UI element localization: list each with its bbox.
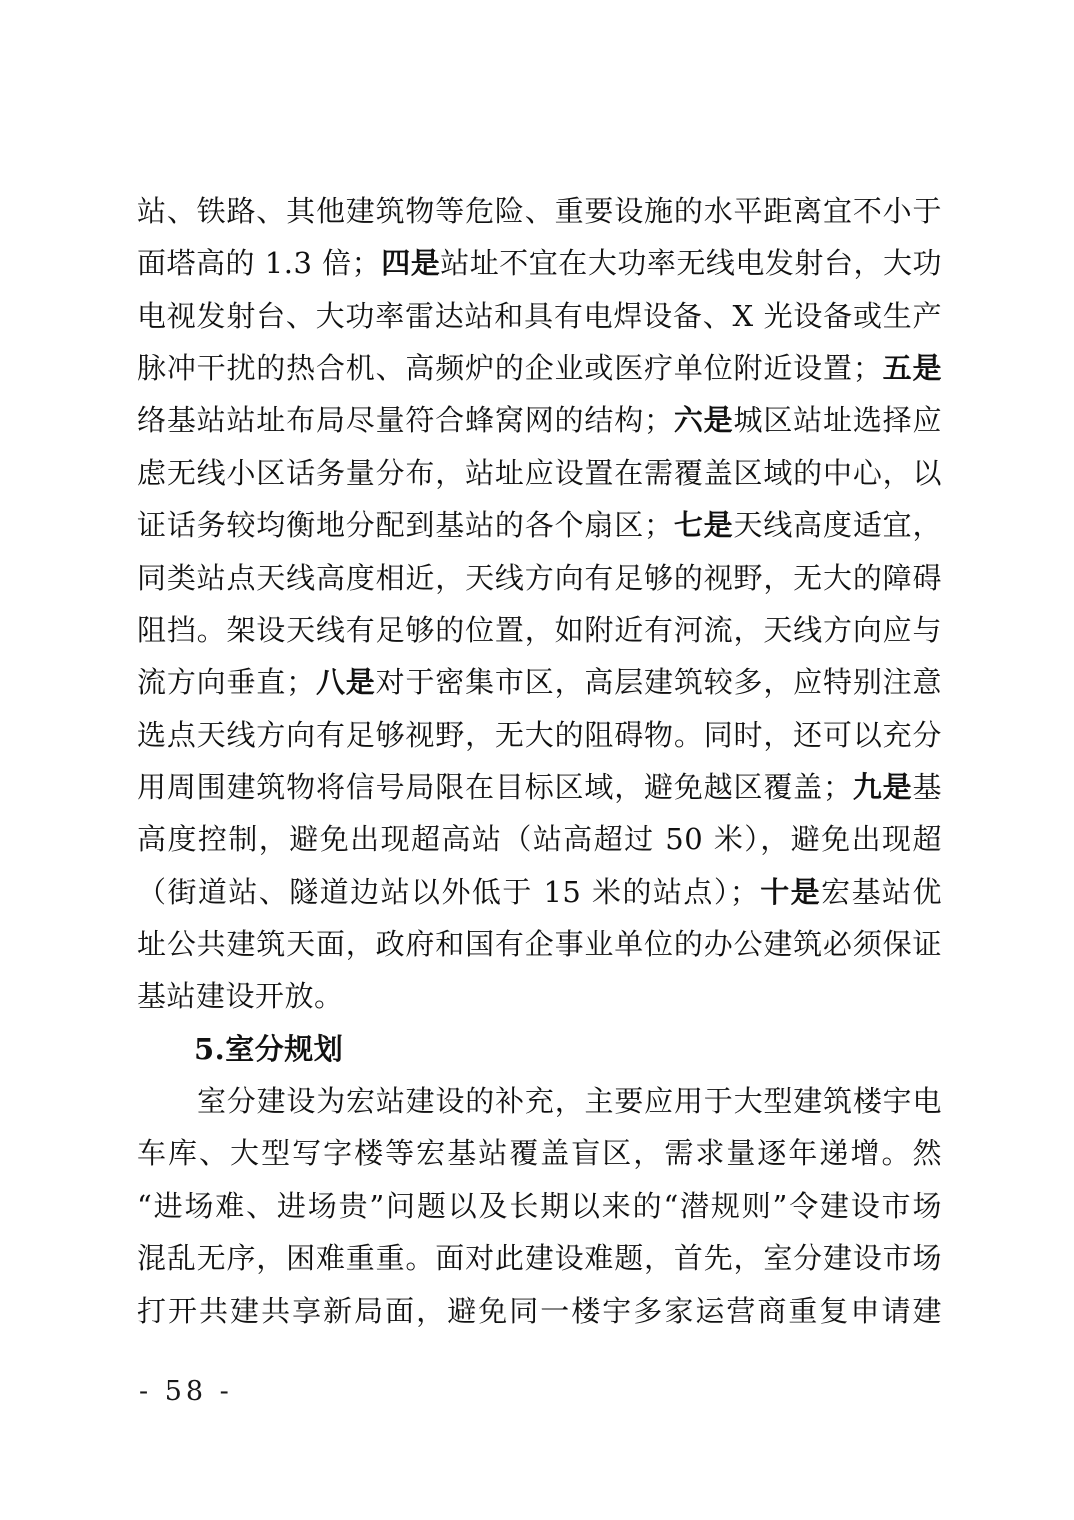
text-run: （街道站、隧道边站以外低于 15 米的站点）； [137, 875, 759, 909]
text-line: “进场难、进场贵”问题以及长期以来的“潜规则”令建设市场 [137, 1180, 942, 1232]
text-run: 混乱无序，困难重重。面对此建设难题，首先，室分建设市场要 [137, 1241, 942, 1284]
text-run: 脉冲干扰的热合机、高频炉的企业或医疗单位附近设置； [137, 351, 882, 385]
bold-text-run: 八是 [316, 665, 376, 699]
text-line: 电视发射台、大功率雷达站和具有电焊设备、X 光设备或生产强 [137, 290, 942, 342]
text-line: 脉冲干扰的热合机、高频炉的企业或医疗单位附近设置；五是网 [137, 342, 942, 394]
text-line: 车库、大型写字楼等宏基站覆盖盲区，需求量逐年递增。然而， [137, 1127, 942, 1179]
text-run: 室分建设为宏站建设的补充，主要应用于大型建筑楼宇电梯、 [137, 1084, 942, 1127]
bold-text-run: 五是 [882, 351, 942, 385]
text-line: 打开共建共享新局面，避免同一楼宇多家运营商重复申请建设， [137, 1285, 942, 1337]
text-line: 站、铁路、其他建筑物等危险、重要设施的水平距离宜不小于地 [137, 185, 942, 237]
text-run: 虑无线小区话务量分布，站址应设置在需覆盖区域的中心，以保 [137, 456, 942, 499]
paragraph-room-distribution-planning: 室分建设为宏站建设的补充，主要应用于大型建筑楼宇电梯、车库、大型写字楼等宏基站覆… [137, 1075, 942, 1337]
text-run: 站、铁路、其他建筑物等危险、重要设施的水平距离宜不小于地 [137, 194, 942, 237]
bold-text-run: 七是 [674, 508, 734, 542]
text-line: 虑无线小区话务量分布，站址应设置在需覆盖区域的中心，以保 [137, 447, 942, 499]
text-run: 用周围建筑物将信号局限在目标区域，避免越区覆盖； [137, 770, 852, 804]
text-run: 同类站点天线高度相近，天线方向有足够的视野，无大的障碍物 [137, 561, 942, 604]
text-run: 打开共建共享新局面，避免同一楼宇多家运营商重复申请建设， [137, 1294, 942, 1337]
section-heading: 5.室分规划 [137, 1023, 942, 1075]
text-line: 阻挡。架设天线有足够的位置，如附近有河流，天线方向应与河 [137, 604, 942, 656]
text-line: 证话务较均衡地分配到基站的各个扇区；七是天线高度适宜，与 [137, 499, 942, 551]
text-line: 室分建设为宏站建设的补充，主要应用于大型建筑楼宇电梯、 [137, 1075, 942, 1127]
paragraph-base-station-siting: 站、铁路、其他建筑物等危险、重要设施的水平距离宜不小于地面塔高的 1.3 倍；四… [137, 185, 942, 1023]
text-run: “进场难、进场贵”问题以及长期以来的“潜规则”令建设市场 [137, 1189, 942, 1223]
text-run: 高度控制，避免出现超高站（站高超过 50 米），避免出现超低站 [137, 822, 942, 865]
text-run: 基站建设开放。 [137, 979, 344, 1013]
text-run: 证话务较均衡地分配到基站的各个扇区； [137, 508, 674, 542]
text-line: 同类站点天线高度相近，天线方向有足够的视野，无大的障碍物 [137, 552, 942, 604]
text-line: 络基站站址布局尽量符合蜂窝网的结构；六是城区站址选择应考 [137, 394, 942, 446]
text-line: 混乱无序，困难重重。面对此建设难题，首先，室分建设市场要 [137, 1232, 942, 1284]
text-line: 基站建设开放。 [137, 970, 942, 1022]
text-line: 高度控制，避免出现超高站（站高超过 50 米），避免出现超低站 [137, 813, 942, 865]
text-run: 址公共建筑天面，政府和国有企事业单位的办公建筑必须保证对 [137, 927, 942, 970]
text-run: 阻挡。架设天线有足够的位置，如附近有河流，天线方向应与河 [137, 613, 942, 656]
text-line: 流方向垂直；八是对于密集市区，高层建筑较多，应特别注意所 [137, 656, 942, 708]
text-run: 车库、大型写字楼等宏基站覆盖盲区，需求量逐年递增。然而， [137, 1136, 942, 1179]
text-line: 面塔高的 1.3 倍；四是站址不宜在大功率无线电发射台，大功率 [137, 237, 942, 289]
text-run: 选点天线方向有足够视野，无大的阻碍物。同时，还可以充分利 [137, 718, 942, 761]
text-line: 用周围建筑物将信号局限在目标区域，避免越区覆盖；九是基站 [137, 761, 942, 813]
page-number: - 58 - [139, 1376, 233, 1407]
text-line: 址公共建筑天面，政府和国有企事业单位的办公建筑必须保证对 [137, 918, 942, 970]
text-run: 络基站站址布局尽量符合蜂窝网的结构； [137, 403, 674, 437]
document-text-block: 站、铁路、其他建筑物等危险、重要设施的水平距离宜不小于地面塔高的 1.3 倍；四… [137, 185, 942, 1337]
text-line: （街道站、隧道边站以外低于 15 米的站点）；十是宏基站优先选 [137, 866, 942, 918]
text-line: 选点天线方向有足够视野，无大的阻碍物。同时，还可以充分利 [137, 709, 942, 761]
bold-text-run: 九是 [852, 770, 912, 804]
bold-text-run: 十是 [759, 875, 821, 909]
bold-text-run: 六是 [674, 403, 734, 437]
text-run: 电视发射台、大功率雷达站和具有电焊设备、X 光设备或生产强 [137, 299, 942, 342]
text-run: 面塔高的 1.3 倍； [137, 246, 381, 280]
bold-text-run: 四是 [381, 246, 440, 280]
text-run: 流方向垂直； [137, 665, 316, 699]
